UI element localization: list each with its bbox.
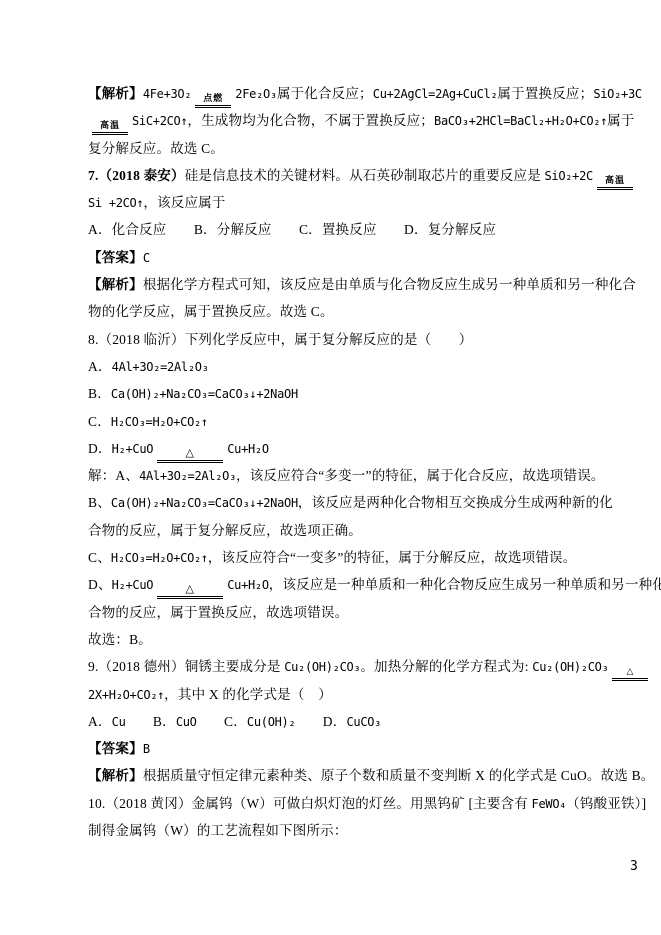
q8-option-c: C．H₂CO₃=H₂O+CO₂↑: [88, 408, 648, 435]
text-run: （钨酸亚铁）]: [566, 796, 646, 811]
page-number: 3: [630, 859, 638, 874]
text-run: ，生成物均为化合物，不属于置换反应；: [187, 113, 434, 128]
q9-options: A．Cu B．CuO C．Cu(OH)₂ D．CuCO₃: [88, 708, 648, 735]
text-run: A．: [88, 714, 112, 729]
q7-analysis-line1: 【解析】根据化学方程式可知，该反应是由单质与化合物反应生成另一种单质和另一种化合: [88, 271, 648, 298]
q8-solution-b-line1: B、Ca(OH)₂+Na₂CO₃=CaCO₃↓+2NaOH，该反应是两种化合物相…: [88, 489, 648, 516]
reaction-condition-over-equals: △: [157, 448, 223, 463]
text-run: C．: [197, 714, 247, 729]
q8-answer: 故选：B。: [88, 626, 648, 653]
q8-solution-d-line1: D、H₂+CuO△Cu+H₂O，该反应是一种单质和一种化合物反应生成另一种单质和…: [88, 571, 648, 598]
text-run: 9.（2018 德州）铜锈主要成分是: [88, 659, 284, 674]
condition-label: △: [612, 666, 648, 681]
text-run: ，该反应是两种化合物相互交换成分生成两种新的化: [298, 495, 613, 510]
chem-formula: SiO₂+3C: [593, 87, 641, 101]
question-7-line2: Si +2CO↑，该反应属于: [88, 189, 648, 216]
text-run: ，该反应属于: [143, 195, 225, 210]
q8-option-a: A．4Al+3O₂=2Al₂O₃: [88, 353, 648, 380]
text-run: ，该反应是一种单质和一种化合物反应生成另一种单质和另一种化: [269, 577, 661, 592]
q7-answer: 【答案】C: [88, 244, 648, 271]
chem-formula: SiO₂+2C: [544, 169, 592, 183]
q8-solution-b-line2: 合物的反应，属于复分解反应，故选项正确。: [88, 517, 648, 544]
chem-formula: C: [143, 251, 150, 265]
reaction-condition-over-equals: △: [612, 666, 648, 681]
text-run: B、: [88, 495, 111, 510]
chem-formula: BaCO₃+2HCl=BaCl₂+H₂O+CO₂↑: [434, 114, 607, 128]
question-10: 10.（2018 黄冈）金属钨（W）可做白炽灯泡的灯丝。用黑钨矿 [主要含有 F…: [88, 790, 648, 817]
q6-analysis-line3: 复分解反应。故选 C。: [88, 135, 648, 162]
question-9: 9.（2018 德州）铜锈主要成分是 Cu₂(OH)₂CO₃。加热分解的化学方程…: [88, 653, 648, 680]
chem-formula: B: [143, 742, 150, 756]
question-8: 8.（2018 临沂）下列化学反应中，属于复分解反应的是（ ）: [88, 326, 648, 353]
chem-formula: CuCO₃: [346, 715, 381, 729]
bold-text-run: 【答案】: [88, 250, 143, 265]
text-run: B．: [126, 714, 176, 729]
text-run: 解：A、: [88, 468, 139, 483]
text-run: D．: [88, 441, 112, 456]
chem-formula: Cu+H₂O: [227, 442, 269, 456]
chem-formula: 2Fe₂O₃: [235, 87, 277, 101]
text-run: C、: [88, 550, 111, 565]
document-page: 【解析】4Fe+3O₂点燃2Fe₂O₃属于化合反应；Cu+2AgCl=2Ag+C…: [0, 0, 661, 935]
chem-formula: FeWO₄: [532, 797, 567, 811]
text-run: 复分解反应。故选 C。: [88, 141, 224, 156]
condition-label: 点燃: [195, 93, 231, 108]
bold-text-run: 【解析】: [88, 768, 143, 783]
q6-analysis-line1: 【解析】4Fe+3O₂点燃2Fe₂O₃属于化合反应；Cu+2AgCl=2Ag+C…: [88, 80, 648, 107]
text-run: 故选：B。: [88, 632, 152, 647]
bold-text-run: 7.（2018 泰安）: [88, 168, 185, 183]
condition-label: 高温: [597, 175, 633, 190]
chem-formula: H₂CO₃=H₂O+CO₂↑: [111, 415, 208, 429]
chem-formula: 4Fe+3O₂: [143, 87, 191, 101]
chem-formula: H₂+CuO: [112, 578, 154, 592]
chem-formula: CuO: [176, 715, 197, 729]
chem-formula: Cu+2AgCl=2Ag+CuCl₂: [373, 87, 498, 101]
chem-formula: 2X+H₂O+CO₂↑: [88, 688, 164, 702]
text-run: C．: [88, 414, 111, 429]
chem-formula: Ca(OH)₂+Na₂CO₃=CaCO₃↓+2NaOH: [111, 496, 298, 510]
q8-solution-d-line2: 合物的反应，属于置换反应，故选项错误。: [88, 599, 648, 626]
document-body: 【解析】4Fe+3O₂点燃2Fe₂O₃属于化合反应；Cu+2AgCl=2Ag+C…: [88, 80, 648, 844]
q8-solution-c: C、H₂CO₃=H₂O+CO₂↑，该反应符合“一变多”的特征，属于分解反应，故选…: [88, 544, 648, 571]
text-run: 根据质量守恒定律元素种类、原子个数和质量不变判断 X 的化学式是 CuO。故选 …: [143, 768, 655, 783]
condition-label: 高温: [92, 120, 128, 135]
text-run: 属于化合反应；: [277, 86, 373, 101]
bold-text-run: 【解析】: [88, 86, 143, 101]
reaction-condition-over-equals: △: [157, 584, 223, 599]
q8-solution-a: 解：A、4Al+3O₂=2Al₂O₃，该反应符合“多变一”的特征，属于化合反应，…: [88, 462, 648, 489]
chem-formula: Cu: [112, 715, 126, 729]
text-run: D．: [295, 714, 346, 729]
text-run: ，该反应符合“多变一”的特征，属于化合反应，故选项错误。: [236, 468, 605, 483]
text-run: ，其中 X 的化学式是（ ）: [164, 687, 332, 702]
chem-formula: Cu₂(OH)₂CO₃: [284, 660, 360, 674]
chem-formula: Si +2CO↑: [88, 196, 143, 210]
bold-text-run: 【答案】: [88, 741, 143, 756]
condition-label: △: [157, 584, 223, 599]
q6-analysis-line2: 高温SiC+2CO↑，生成物均为化合物，不属于置换反应；BaCO₃+2HCl=B…: [88, 107, 648, 134]
chem-formula: Ca(OH)₂+Na₂CO₃=CaCO₃↓+2NaOH: [111, 387, 298, 401]
q9-analysis: 【解析】根据质量守恒定律元素种类、原子个数和质量不变判断 X 的化学式是 CuO…: [88, 762, 648, 789]
chem-formula: H₂+CuO: [112, 442, 154, 456]
bold-text-run: 【解析】: [88, 277, 143, 292]
chem-formula: H₂CO₃=H₂O+CO₂↑: [111, 551, 208, 565]
reaction-condition-over-equals: 高温: [597, 175, 633, 190]
text-run: 制得金属钨（W）的工艺流程如下图所示：: [88, 823, 348, 838]
text-run: ，该反应符合“一变多”的特征，属于分解反应，故选项错误。: [208, 550, 577, 565]
chem-formula: Cu₂(OH)₂CO₃: [532, 660, 608, 674]
reaction-condition-over-equals: 高温: [92, 120, 128, 135]
q9-answer: 【答案】B: [88, 735, 648, 762]
q8-option-d: D．H₂+CuO△Cu+H₂O: [88, 435, 648, 462]
chem-formula: Cu+H₂O: [227, 578, 269, 592]
chem-formula: 4Al+3O₂=2Al₂O₃: [112, 360, 209, 374]
text-run: 属于置换反应；: [497, 86, 593, 101]
condition-label: △: [157, 448, 223, 463]
text-run: 物的化学反应，属于置换反应。故选 C。: [88, 304, 334, 319]
question-7: 7.（2018 泰安）硅是信息技术的关键材料。从石英砂制取芯片的重要反应是 Si…: [88, 162, 648, 189]
text-run: 硅是信息技术的关键材料。从石英砂制取芯片的重要反应是: [185, 168, 545, 183]
text-run: 合物的反应，属于置换反应，故选项错误。: [88, 605, 348, 620]
text-run: 10.（2018 黄冈）金属钨（W）可做白炽灯泡的灯丝。用黑钨矿 [主要含有: [88, 796, 532, 811]
reaction-condition-over-equals: 点燃: [195, 93, 231, 108]
text-run: 。加热分解的化学方程式为:: [360, 659, 532, 674]
q8-option-b: B．Ca(OH)₂+Na₂CO₃=CaCO₃↓+2NaOH: [88, 380, 648, 407]
text-run: A．化合反应 B．分解反应 C．置换反应 D．复分解反应: [88, 222, 496, 237]
chem-formula: SiC+2CO↑: [132, 114, 187, 128]
text-run: 根据化学方程式可知，该反应是由单质与化合物反应生成另一种单质和另一种化合: [143, 277, 636, 292]
question-9-line2: 2X+H₂O+CO₂↑，其中 X 的化学式是（ ）: [88, 681, 648, 708]
chem-formula: Cu(OH)₂: [247, 715, 295, 729]
text-run: 合物的反应，属于复分解反应，故选项正确。: [88, 523, 362, 538]
text-run: D、: [88, 577, 112, 592]
text-run: 属于: [607, 113, 634, 128]
question-10-line2: 制得金属钨（W）的工艺流程如下图所示：: [88, 817, 648, 844]
text-run: A．: [88, 359, 112, 374]
q7-analysis-line2: 物的化学反应，属于置换反应。故选 C。: [88, 298, 648, 325]
q7-options: A．化合反应 B．分解反应 C．置换反应 D．复分解反应: [88, 216, 648, 243]
text-run: B．: [88, 386, 111, 401]
chem-formula: 4Al+3O₂=2Al₂O₃: [139, 469, 236, 483]
text-run: 8.（2018 临沂）下列化学反应中，属于复分解反应的是（ ）: [88, 332, 472, 347]
